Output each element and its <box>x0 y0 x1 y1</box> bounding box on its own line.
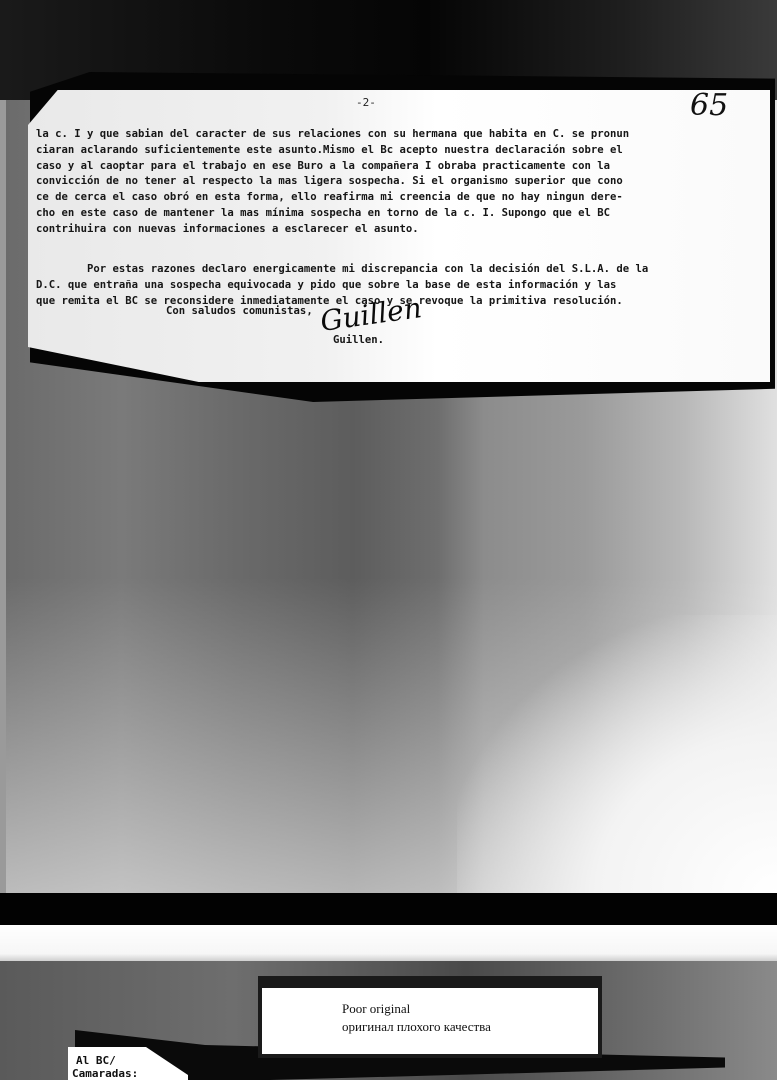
poor-original-label: Poor original оригинал плохого качества <box>262 988 598 1054</box>
page-marker: -2- <box>356 96 376 109</box>
closing-salutation: Con saludos comunistas, <box>166 305 313 317</box>
next-page-greeting: Camaradas: <box>72 1067 138 1080</box>
film-divider-band <box>0 893 777 925</box>
typed-signatory-name: Guillen. <box>333 334 384 346</box>
next-page-addressee: Al BC/ <box>76 1054 116 1067</box>
film-gap-strip <box>0 925 777 961</box>
handwritten-folio-number: 65 <box>690 88 728 123</box>
label-english: Poor original <box>342 1001 410 1017</box>
label-russian: оригинал плохого качества <box>342 1019 491 1035</box>
letter-paragraph-1: la c. I y que sabian del caracter de sus… <box>36 127 776 238</box>
